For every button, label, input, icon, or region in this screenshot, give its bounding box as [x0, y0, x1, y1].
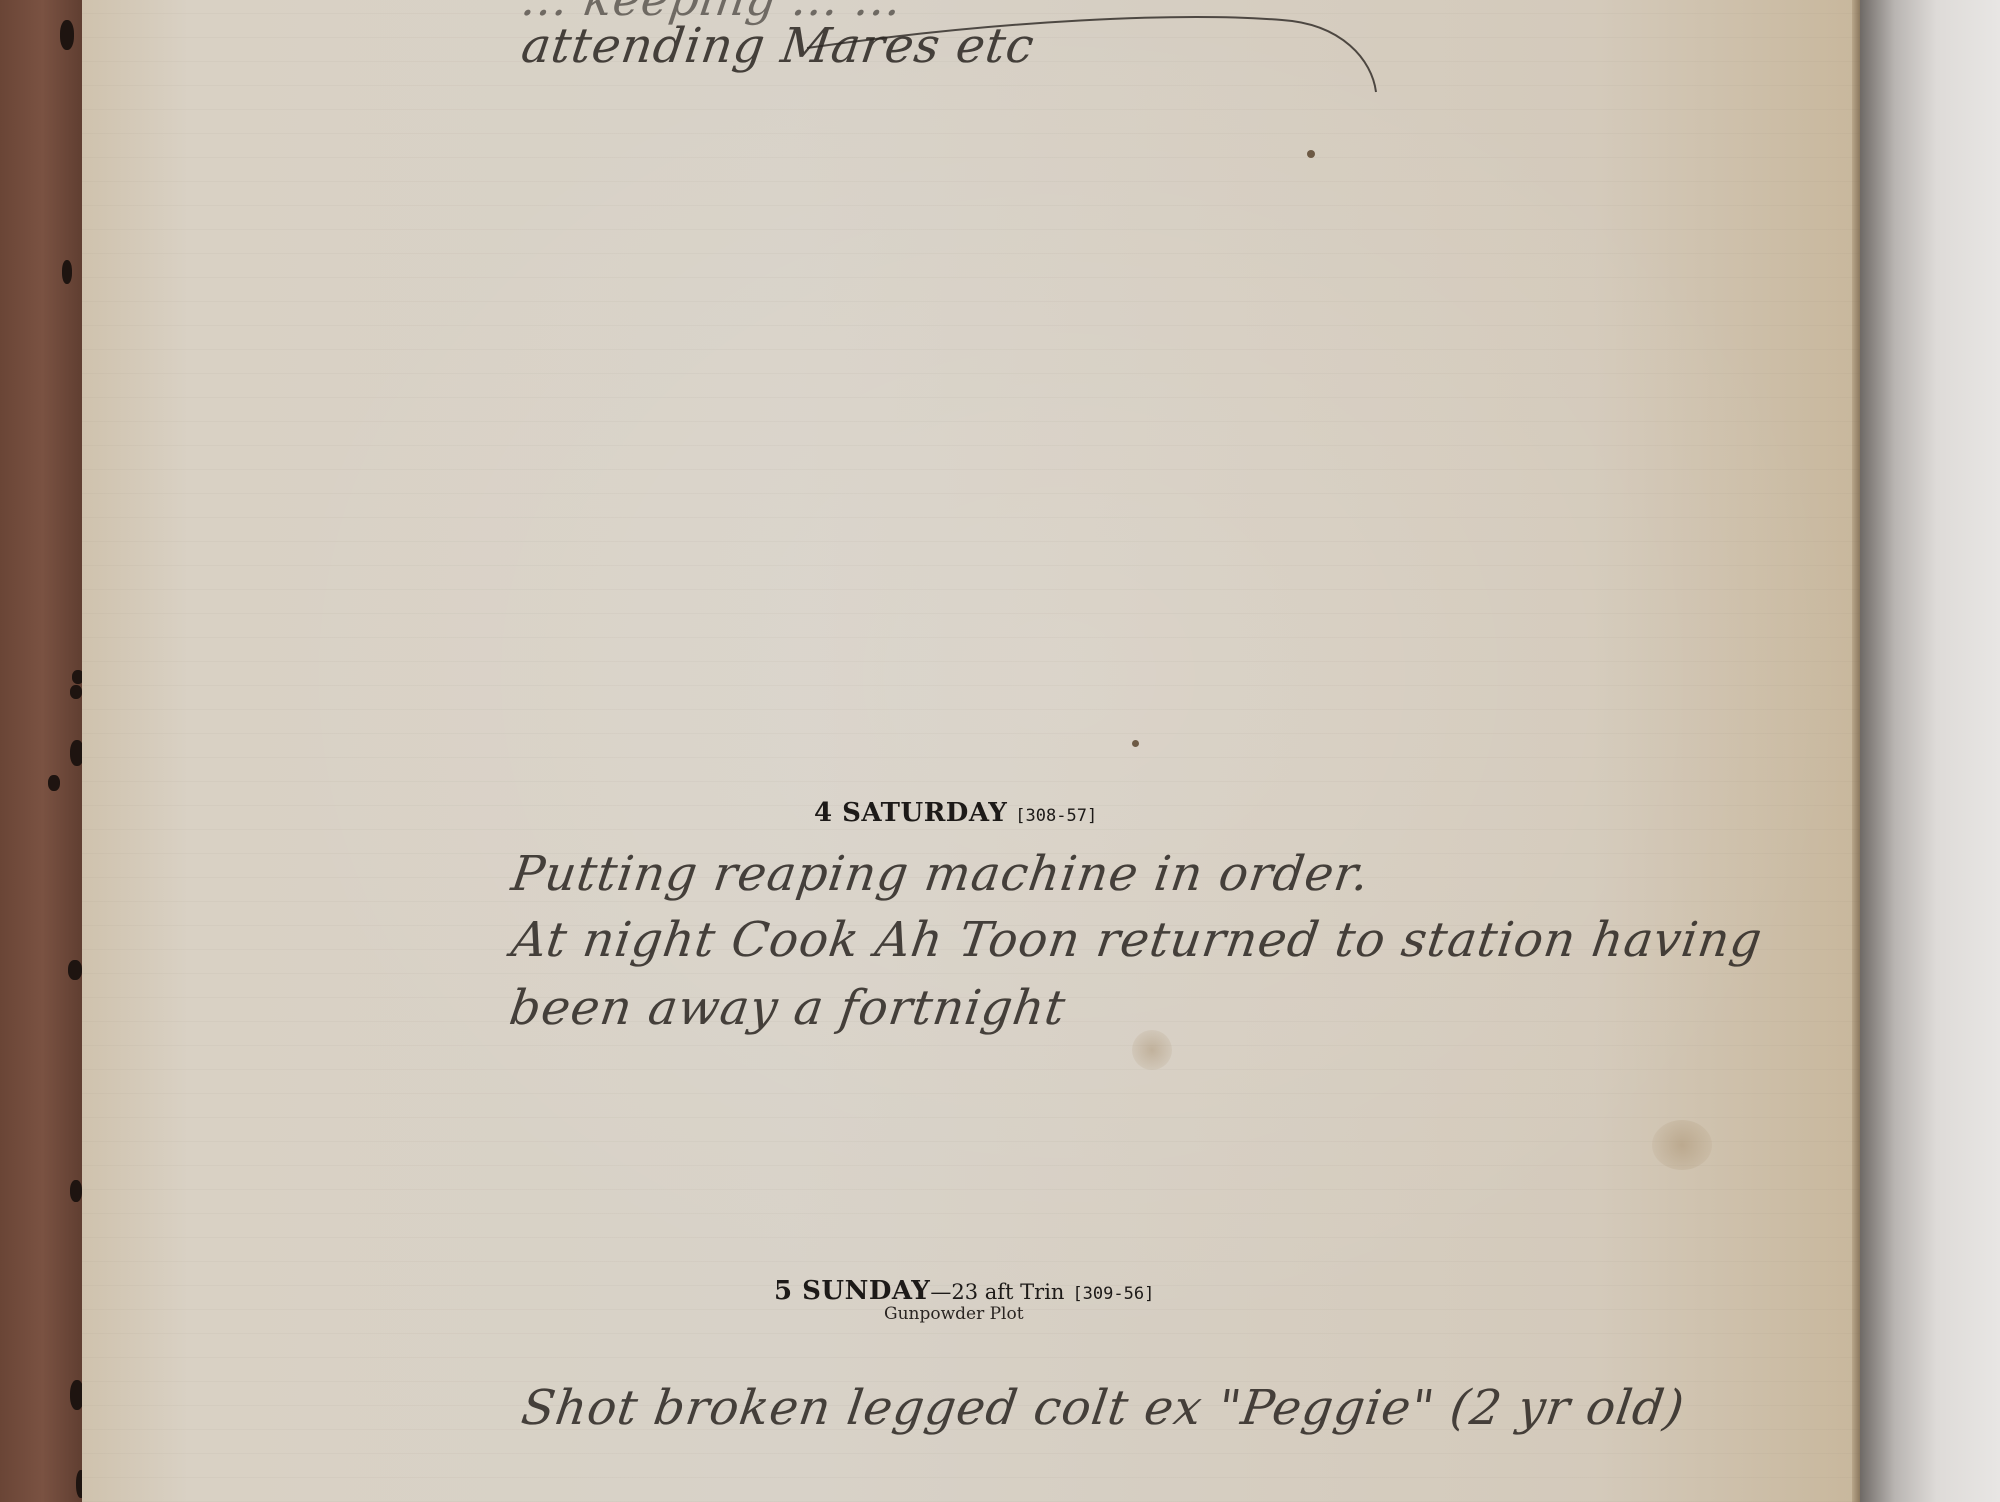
day-suffix: —23 aft Trin — [930, 1280, 1064, 1304]
day-subtitle: Gunpowder Plot — [884, 1304, 1024, 1324]
entry-line: At night Cook Ah Toon returned to statio… — [508, 912, 1766, 968]
worm-hole — [60, 20, 74, 50]
day-code: [308-57] — [1015, 806, 1097, 826]
entry-line: Shot broken legged colt ex "Peggie" (2 y… — [518, 1380, 1688, 1436]
entry-line: Putting reaping machine in order. — [508, 846, 1373, 902]
book-cover-edge — [0, 0, 85, 1502]
day-header-saturday: 4 SATURDAY[308-57] — [814, 798, 1097, 828]
worm-hole — [70, 685, 82, 699]
diary-page: ... keeping ... ... attending Mares etc … — [82, 0, 1860, 1502]
worm-hole — [68, 960, 82, 980]
day-title: 5 SUNDAY — [774, 1276, 930, 1306]
entry-line: been away a fortnight — [506, 980, 1069, 1036]
background-cloth — [1860, 0, 2000, 1502]
day-title: 4 SATURDAY — [814, 798, 1007, 828]
ink-spot — [1307, 150, 1315, 158]
page-edge — [1852, 0, 1860, 1502]
foxing-stain — [1132, 1030, 1172, 1070]
day-code: [309-56] — [1072, 1284, 1154, 1304]
pen-flourish — [802, 10, 1382, 100]
foxing-stain — [1652, 1120, 1712, 1170]
worm-hole — [62, 260, 72, 284]
worm-hole — [48, 775, 60, 791]
ink-spot — [1132, 740, 1139, 747]
day-header-sunday: 5 SUNDAY—23 aft Trin[309-56] — [774, 1276, 1154, 1306]
worm-hole — [70, 1180, 82, 1202]
